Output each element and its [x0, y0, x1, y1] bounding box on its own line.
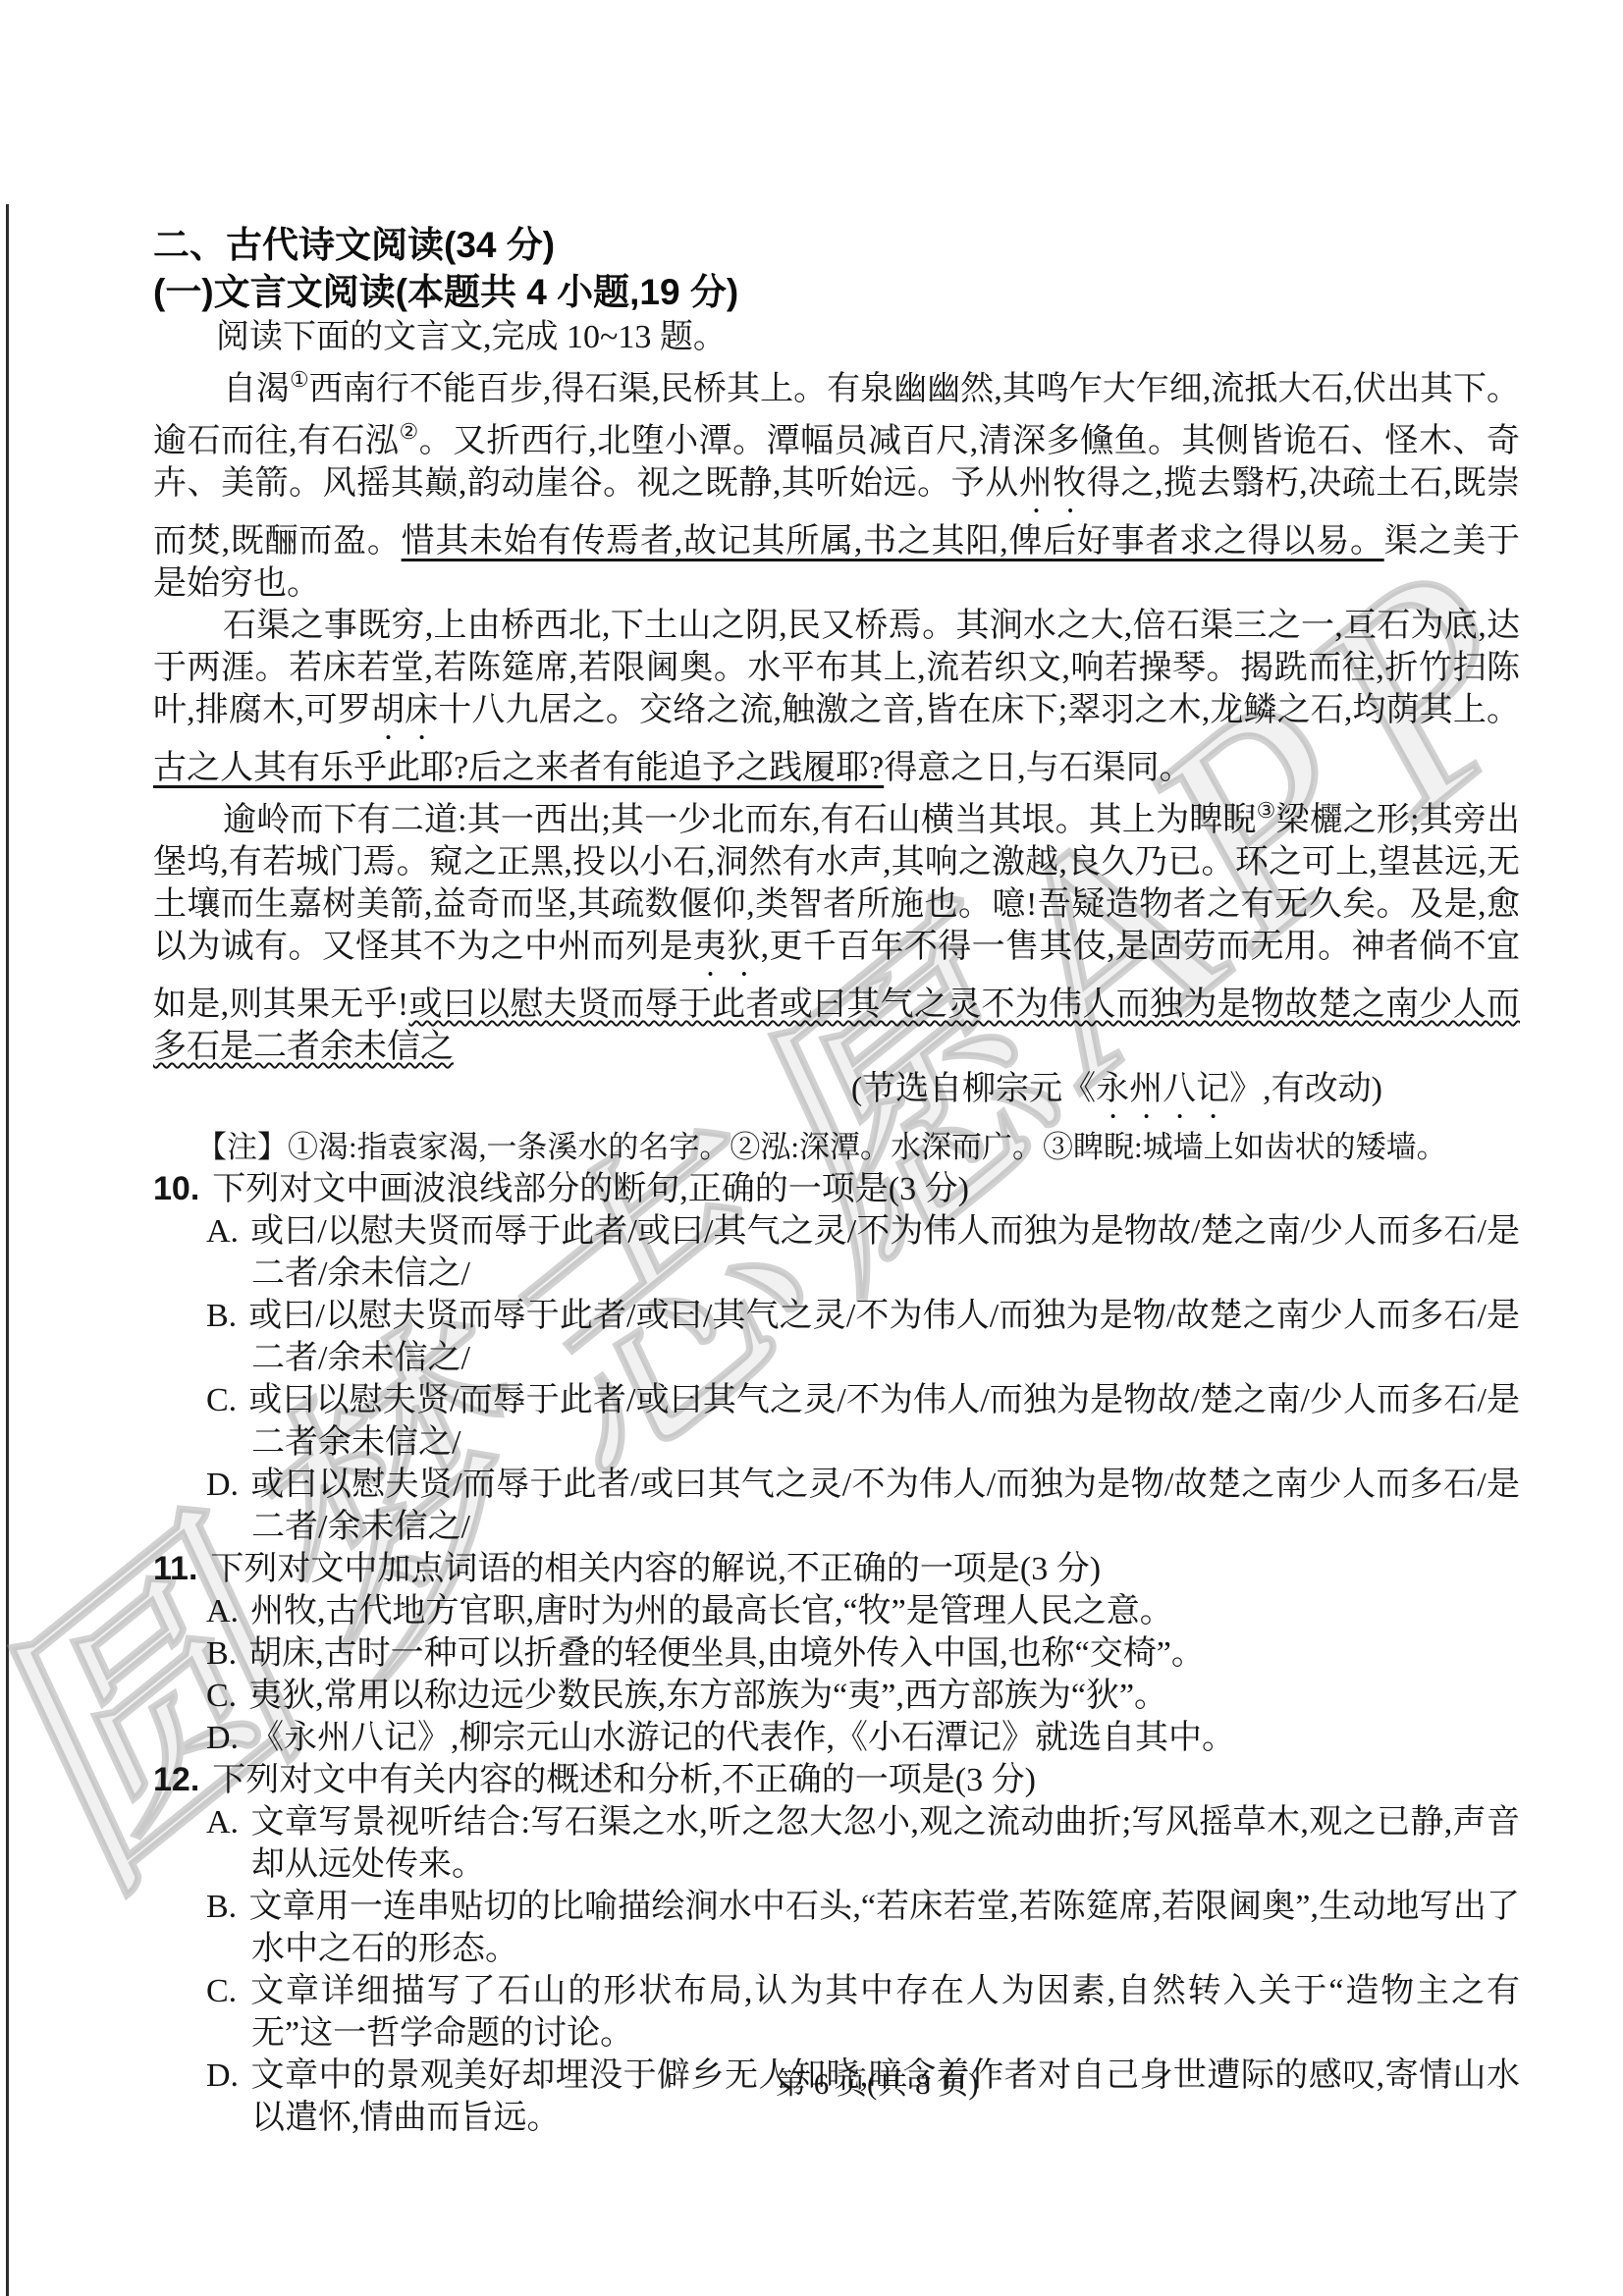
text-segment: 逾岭而下有二道:其一西出;其一少北而东,有石山横当其垠。其上为睥睨 — [223, 802, 1257, 838]
text-segment: 》,有改动) — [1229, 1071, 1382, 1107]
option-row: D.或曰以慰夫贤/而辱于此者/或曰其气之灵/不为伟人/而独为是物/故楚之南少人而… — [153, 1464, 1520, 1548]
option-text: 或曰以慰夫贤/而辱于此者/或曰其气之灵/不为伟人/而独为是物/故楚之南少人而多石… — [250, 1467, 1520, 1545]
text-segment: 惜其未始有传焉者,故记其所属,书之其阳,俾后好事者求之得以易。 — [402, 523, 1384, 560]
text-segment: 十八九居之。交络之流,触激之音,皆在床下;翠羽之木,龙鳞之石,均荫其上。 — [438, 692, 1520, 728]
section-subtitle: (一)文言文阅读(本题共 4 小题,19 分) — [153, 269, 1520, 316]
option-label: A. — [206, 1593, 239, 1629]
text-segment: ② — [399, 419, 418, 444]
text-segment: ③ — [1257, 798, 1276, 823]
passage-paragraph-1: 自渴①西南行不能百步,得石渠,民桥其上。有泉幽幽然,其鸣乍大乍细,流抵大石,伏出… — [153, 358, 1520, 605]
text-segment: (节选自柳宗元《 — [851, 1071, 1096, 1107]
option-row: B.胡床,古时一种可以折叠的轻便坐具,由境外传入中国,也称“交椅”。 — [153, 1632, 1520, 1675]
passage-note: 【注】①渴:指袁家渴,一条溪水的名字。②泓:深潭。水深而广。③睥睨:城墙上如齿状… — [153, 1126, 1520, 1168]
question-number: 11. — [153, 1550, 197, 1587]
question-stem-text: 下列对文中画波浪线部分的断句,正确的一项是(3 分) — [212, 1171, 969, 1207]
text-segment: 自渴 — [223, 371, 290, 407]
passage-paragraph-2: 石渠之事既穷,上由桥西北,下土山之阴,民又桥焉。其涧水之大,倍石渠三之一,亘石为… — [153, 605, 1520, 789]
option-label: A. — [206, 1804, 239, 1841]
option-label: C. — [206, 1382, 237, 1418]
question-stem: 11.下列对文中加点词语的相关内容的解说,不正确的一项是(3 分) — [153, 1548, 1520, 1590]
option-row: D.《永州八记》,柳宗元山水游记的代表作,《小石潭记》就选自其中。 — [153, 1717, 1520, 1759]
page-content: 二、古代诗文阅读(34 分) (一)文言文阅读(本题共 4 小题,19 分) 阅… — [153, 222, 1520, 2139]
question-11: 11.下列对文中加点词语的相关内容的解说,不正确的一项是(3 分) A.州牧,古… — [153, 1548, 1520, 1759]
option-row: C.文章详细描写了石山的形状布局,认为其中存在人为因素,自然转入关于“造物主之有… — [153, 1970, 1520, 2055]
option-label: D. — [206, 1467, 239, 1503]
question-10: 10.下列对文中画波浪线部分的断句,正确的一项是(3 分) A.或曰/以慰夫贤而… — [153, 1168, 1520, 1548]
option-row: B.或曰/以慰夫贤而辱于此者/或曰/其气之灵/不为伟人/而独为是物/故楚之南少人… — [153, 1295, 1520, 1379]
option-text: 文章写景视听结合:写石渠之水,听之忽大忽小,观之流动曲折;写风摇草木,观之已静,… — [250, 1804, 1520, 1883]
text-segment: 夷狄 — [693, 929, 761, 965]
option-label: C. — [206, 1973, 237, 2009]
text-segment: 州牧 — [1019, 465, 1087, 502]
option-label: D. — [206, 2057, 239, 2094]
option-text: 州牧,古代地方官职,唐时为州的最高长官,“牧”是管理人民之意。 — [250, 1593, 1173, 1629]
text-segment: 古之人其有乐乎此耶?后之来者有能追予之践履耶? — [153, 750, 884, 786]
section-title: 二、古代诗文阅读(34 分) — [153, 222, 1520, 269]
passage-intro: 阅读下面的文言文,完成 10~13 题。 — [153, 316, 1520, 358]
option-label: B. — [206, 1298, 237, 1334]
option-row: C.夷狄,常用以称边远少数民族,东方部族为“夷”,西方部族为“狄”。 — [153, 1675, 1520, 1717]
question-stem-text: 下列对文中有关内容的概述和分析,不正确的一项是(3 分) — [212, 1762, 1036, 1798]
option-label: B. — [206, 1889, 237, 1925]
scan-edge-line — [6, 204, 9, 2296]
option-row: C.或曰以慰夫贤/而辱于此者/或曰其气之灵/不为伟人/而独为是物故/楚之南/少人… — [153, 1379, 1520, 1464]
option-label: B. — [206, 1635, 237, 1672]
page-footer: 第 6 页(共 8 页) — [776, 2064, 979, 2104]
exam-paper-page: 圆梦志愿APP 二、古代诗文阅读(34 分) (一)文言文阅读(本题共 4 小题… — [0, 0, 1623, 2296]
option-text: 或曰/以慰夫贤而辱于此者/或曰/其气之灵/不为伟人/而独为是物/故楚之南少人而多… — [248, 1298, 1520, 1376]
question-number: 10. — [153, 1170, 199, 1207]
option-row: B.文章用一连串贴切的比喻描绘涧水中石头,“若床若堂,若陈筵席,若限阃奥”,生动… — [153, 1886, 1520, 1970]
option-row: A.文章写景视听结合:写石渠之水,听之忽大忽小,观之流动曲折;写风摇草木,观之已… — [153, 1801, 1520, 1886]
option-row: A.或曰/以慰夫贤而辱于此者/或曰/其气之灵/不为伟人而独为是物故/楚之南/少人… — [153, 1210, 1520, 1295]
option-text: 或曰以慰夫贤/而辱于此者/或曰其气之灵/不为伟人/而独为是物故/楚之南/少人而多… — [248, 1382, 1520, 1461]
text-segment: 得意之日,与石渠同。 — [884, 750, 1193, 786]
passage-paragraph-3: 逾岭而下有二道:其一西出;其一少北而东,有石山横当其垠。其上为睥睨③梁欐之形;其… — [153, 789, 1520, 1068]
option-text: 《永州八记》,柳宗元山水游记的代表作,《小石潭记》就选自其中。 — [250, 1720, 1235, 1756]
option-text: 胡床,古时一种可以折叠的轻便坐具,由境外传入中国,也称“交椅”。 — [248, 1635, 1205, 1672]
option-text: 夷狄,常用以称边远少数民族,东方部族为“夷”,西方部族为“狄”。 — [248, 1678, 1167, 1714]
question-stem-text: 下列对文中加点词语的相关内容的解说,不正确的一项是(3 分) — [210, 1551, 1101, 1587]
question-stem: 12.下列对文中有关内容的概述和分析,不正确的一项是(3 分) — [153, 1759, 1520, 1801]
passage-attribution: (节选自柳宗元《永州八记》,有改动) — [153, 1068, 1520, 1126]
text-segment: ① — [290, 367, 309, 392]
option-text: 文章用一连串贴切的比喻描绘涧水中石头,“若床若堂,若陈筵席,若限阃奥”,生动地写… — [248, 1889, 1520, 1967]
option-text: 文章详细描写了石山的形状布局,认为其中存在人为因素,自然转入关于“造物主之有无”… — [248, 1973, 1520, 2052]
question-number: 12. — [153, 1761, 199, 1798]
option-label: D. — [206, 1720, 239, 1756]
question-stem: 10.下列对文中画波浪线部分的断句,正确的一项是(3 分) — [153, 1168, 1520, 1210]
option-label: C. — [206, 1678, 237, 1714]
text-segment: 永州八记 — [1096, 1071, 1229, 1107]
option-label: A. — [206, 1213, 239, 1250]
text-segment: 胡床 — [371, 692, 438, 728]
option-row: A.州牧,古代地方官职,唐时为州的最高长官,“牧”是管理人民之意。 — [153, 1590, 1520, 1632]
option-text: 或曰/以慰夫贤而辱于此者/或曰/其气之灵/不为伟人而独为是物故/楚之南/少人而多… — [250, 1213, 1520, 1292]
